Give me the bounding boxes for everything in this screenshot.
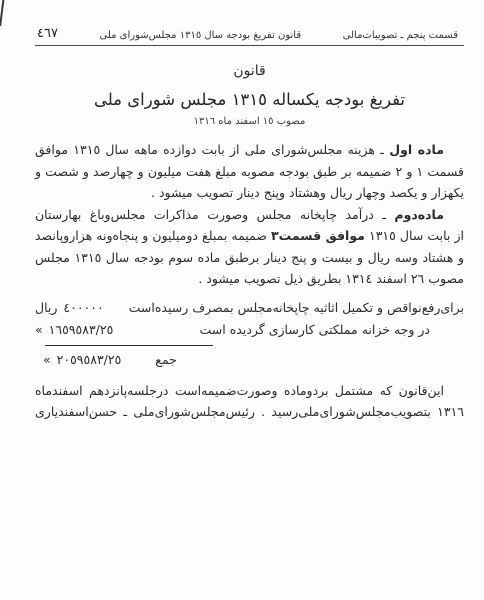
body-text: ضمیمه بمبلغ دومیلیون و پنجاه‌ونه هزاروپا… xyxy=(35,228,271,243)
total-label: جمع xyxy=(155,349,177,371)
body-text: از بابت سال ١٣١٥ xyxy=(365,228,464,243)
header-rule xyxy=(35,45,464,46)
text-line: و هشتاد وسه ریال و بیست و پنج دینار برطب… xyxy=(35,247,464,269)
emphasized-text: ماده اول xyxy=(389,142,444,157)
text-line: یکهزار و یکصد وچهار ریال وهشتاد وپنج دین… xyxy=(35,182,464,204)
total-unit: » xyxy=(43,349,51,371)
law-kicker: قانون xyxy=(35,63,464,79)
body-text: یکهزار و یکصد وچهار ریال وهشتاد وپنج دین… xyxy=(151,185,464,200)
ledger-item-unit: » xyxy=(35,319,43,341)
text-line: ١٣١٦ بتصویب‌مجلس‌شورای‌ملی‌رسید . رئیس‌م… xyxy=(35,401,464,423)
scan-artifact xyxy=(0,0,5,26)
ledger-row-treasury-remit: در وجه خزانه مملکتی کارسازی گردیده است ١… xyxy=(35,319,464,341)
text-line: از بابت سال ١٣١٥ موافق قسمت٣ ضمیمه بمبلغ… xyxy=(35,225,464,247)
body-text: مصوب ٢٦ اسفند ١٣١٤ بطریق ذیل تصویب میشود… xyxy=(198,271,464,286)
article-1-paragraph: ماده اول ـ هزینه مجلس‌شورای ملی از بابت … xyxy=(35,139,464,204)
ledger-item-text: در وجه خزانه مملکتی کارسازی گردیده است xyxy=(200,319,464,341)
body-text: ١٣١٦ بتصویب‌مجلس‌شورای‌ملی‌رسید . رئیس‌م… xyxy=(35,404,464,419)
ledger-row-printing-expense: برای‌رفع‌نواقص و تکمیل اثاثیه چاپخانه‌مج… xyxy=(35,297,464,319)
total-amount-group: ٢٠٥٩٥٨٣/٢٥ » xyxy=(43,349,121,371)
text-line: این‌قانون که مشتمل بردوماده وصورت‌ضمیمه‌… xyxy=(35,380,464,402)
text-line: قسمت ١ و ٢ ضمیمه بر طبق بودجه مصوبه مبلغ… xyxy=(35,161,464,183)
ledger-item-unit: ریال xyxy=(35,297,57,319)
header-section-label: قسمت پنجم ـ تصویبات‌مالی xyxy=(343,30,458,41)
body-text: این‌قانون که مشتمل بردوماده وصورت‌ضمیمه‌… xyxy=(35,383,444,398)
document-page: قسمت پنجم ـ تصویبات‌مالی قانون تفریغ بود… xyxy=(0,0,484,600)
budget-ledger: برای‌رفع‌نواقص و تکمیل اثاثیه چاپخانه‌مج… xyxy=(35,297,464,371)
page-number: ٤٦٧ xyxy=(37,26,58,41)
running-header: قسمت پنجم ـ تصویبات‌مالی قانون تفریغ بود… xyxy=(35,26,464,41)
ledger-item-amount: ١٦٥٩٥٨٣/٢٥ xyxy=(49,319,114,341)
text-line: مصوب ٢٦ اسفند ١٣١٤ بطریق ذیل تصویب میشود… xyxy=(35,268,464,290)
text-line: ماده‌دوم ـ درآمد چاپخانه مجلس وصورت مذاک… xyxy=(35,204,464,226)
ratification-paragraph: این‌قانون که مشتمل بردوماده وصورت‌ضمیمه‌… xyxy=(35,380,464,423)
page-title: تفریغ بودجه یکساله ١٣١٥ مجلس شورای ملی xyxy=(35,90,464,109)
sum-rule xyxy=(45,345,213,346)
emphasized-text: ماده‌دوم xyxy=(394,207,444,222)
text-line: ماده اول ـ هزینه مجلس‌شورای ملی از بابت … xyxy=(35,139,464,161)
ledger-item-amount-group: ١٦٥٩٥٨٣/٢٥ » xyxy=(35,319,113,341)
emphasized-text: موافق قسمت٣ xyxy=(271,228,365,243)
ledger-item-amount: ٤٠٠٠٠٠ xyxy=(63,297,103,319)
approval-subtitle: مصوب ١٥ اسفند ماه ١٣١٦ xyxy=(35,116,464,127)
ledger-total-row: جمع ٢٠٥٩٥٨٣/٢٥ » xyxy=(35,349,464,371)
body-text: قسمت ١ و ٢ ضمیمه بر طبق بودجه مصوبه مبلغ… xyxy=(35,164,464,179)
header-doc-label: قانون تفریغ بودجه سال ١٣١٥ مجلس‌شورای مل… xyxy=(99,30,301,41)
ledger-item-amount-group: ٤٠٠٠٠٠ ریال xyxy=(35,297,104,319)
total-amount: ٢٠٥٩٥٨٣/٢٥ xyxy=(57,349,122,371)
body-text: و هشتاد وسه ریال و بیست و پنج دینار برطب… xyxy=(35,250,464,265)
article-2-paragraph: ماده‌دوم ـ درآمد چاپخانه مجلس وصورت مذاک… xyxy=(35,204,464,290)
body-text: ـ هزینه مجلس‌شورای ملی از بابت دوازده ما… xyxy=(35,142,389,157)
ledger-item-text: برای‌رفع‌نواقص و تکمیل اثاثیه چاپخانه‌مج… xyxy=(129,297,464,319)
body-text: ـ درآمد چاپخانه مجلس وصورت مذاکرات مجلس‌… xyxy=(35,207,394,222)
